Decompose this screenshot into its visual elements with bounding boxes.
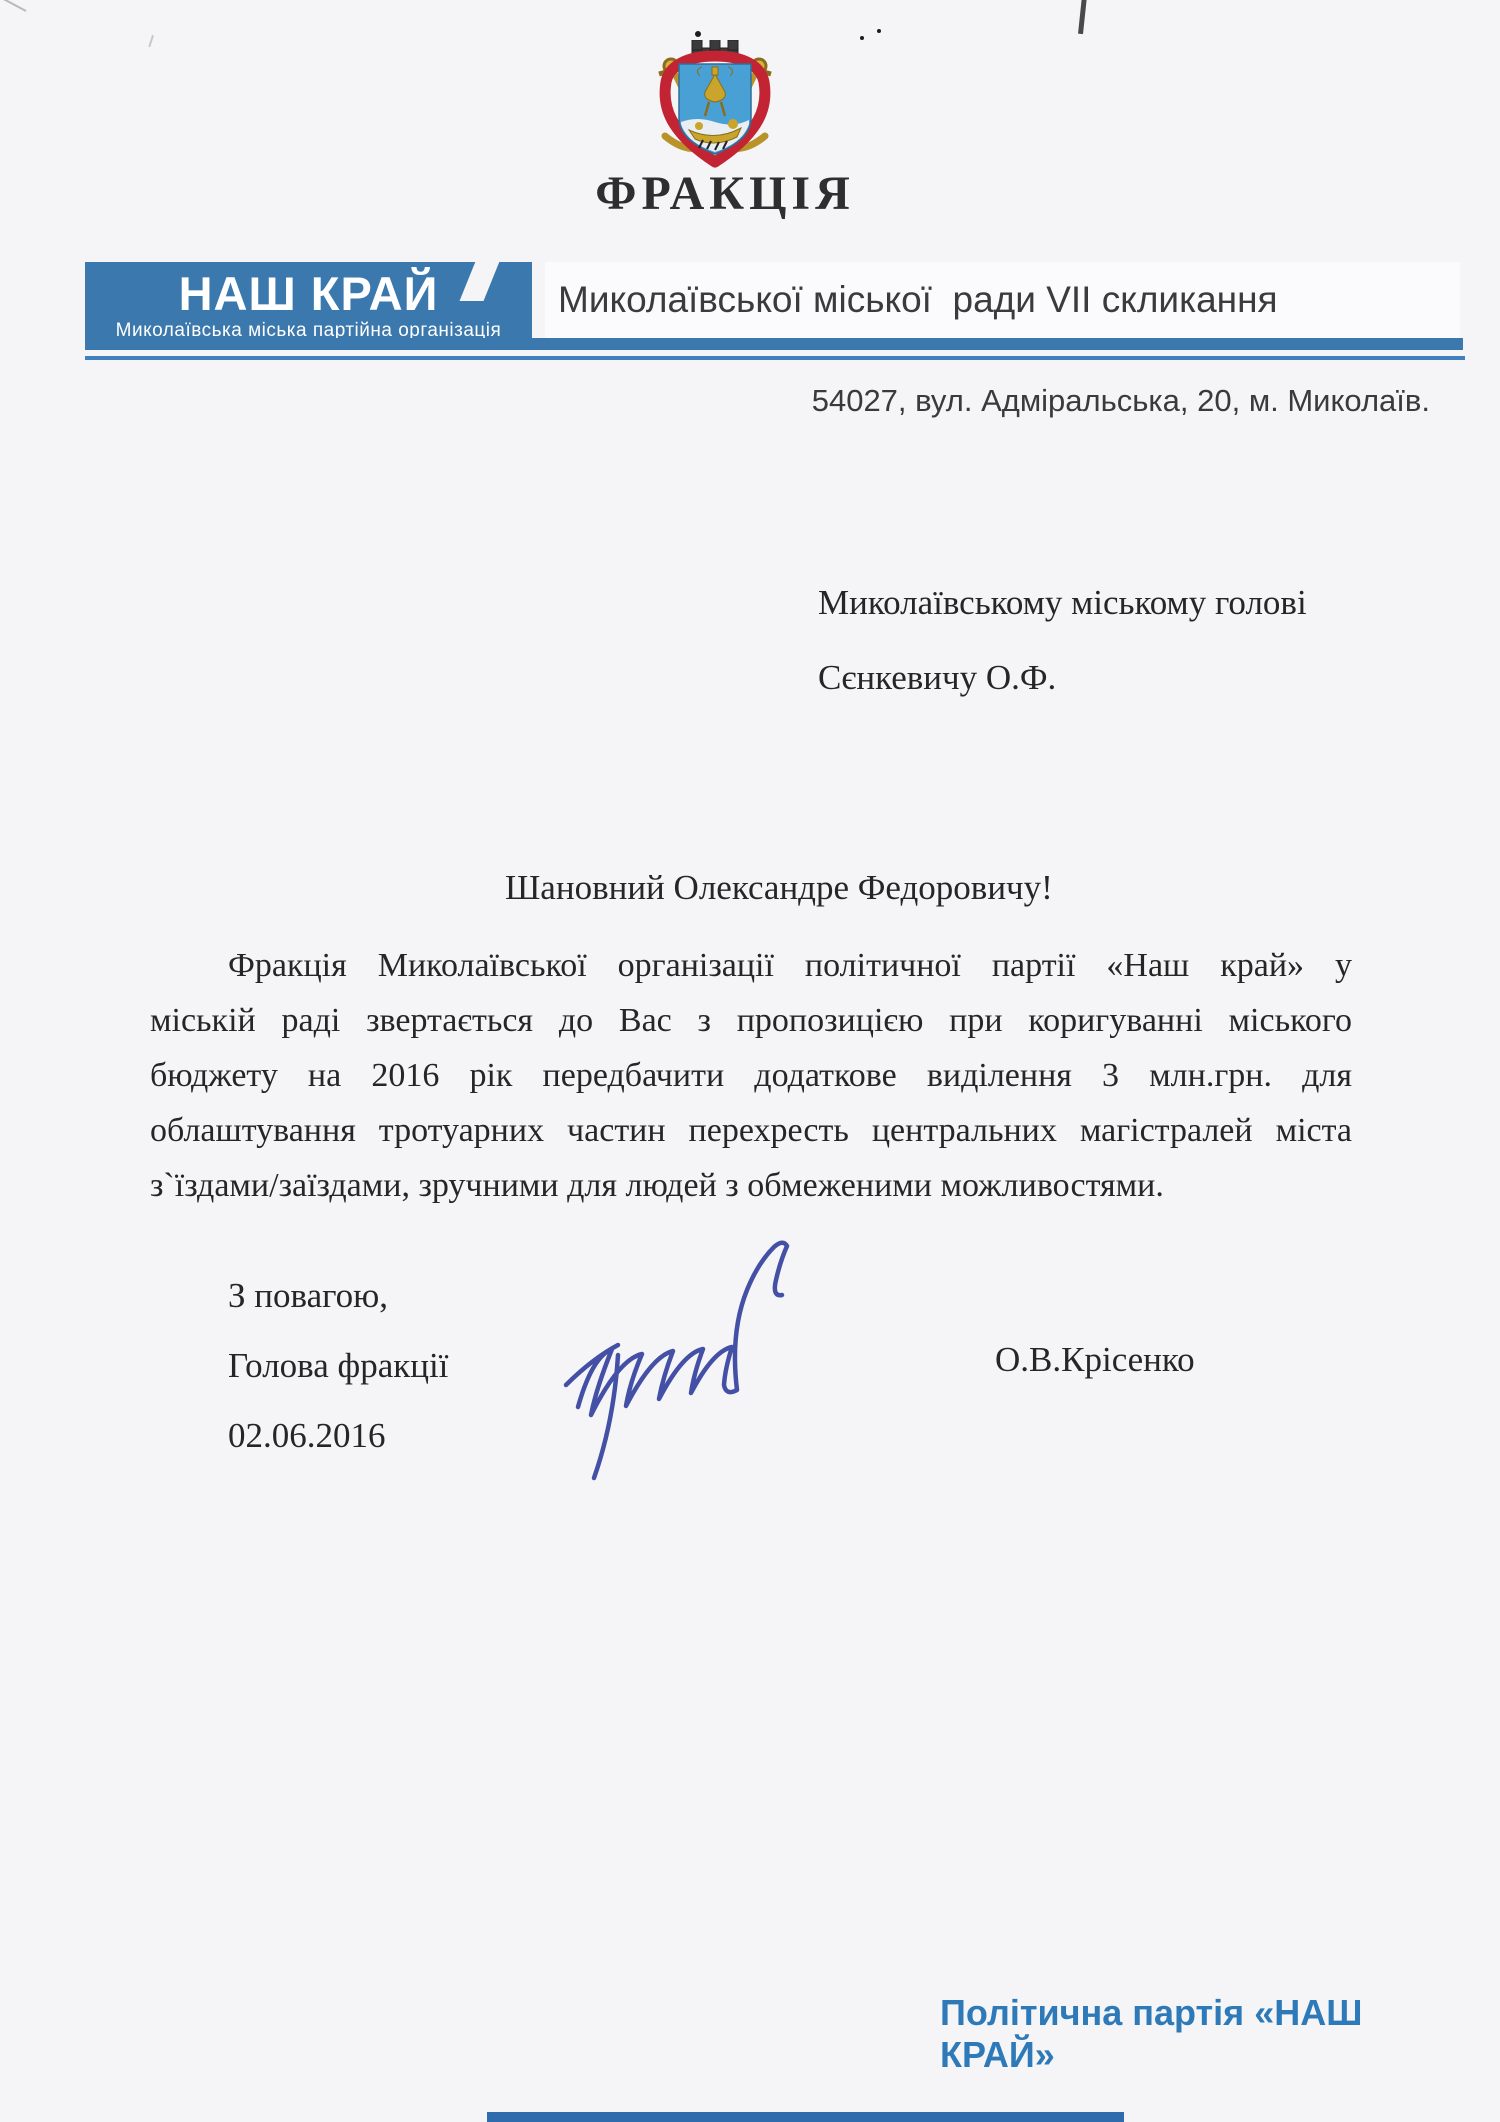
closing-block: З повагою, Голова фракції 02.06.2016 [228,1272,448,1482]
body-line: з`їздами/заїздами, зручними для людей з … [150,1158,1352,1213]
address-line: 54027, вул. Адміральська, 20, м. Миколаї… [600,383,1430,419]
footer-party-line: Політична партія «НАШ КРАЙ» [940,1992,1435,2076]
signer-name: О.В.Крісенко [995,1340,1195,1380]
scan-corner-mark [1078,0,1087,34]
body-line: міській раді звертається до Вас з пропоз… [150,993,1352,1048]
closing-regards: З повагою, [228,1272,448,1342]
body-line: бюджету на 2016 рік передбачити додатков… [150,1048,1352,1103]
closing-date: 02.06.2016 [228,1412,448,1482]
mykolaiv-coat-of-arms-icon [645,40,785,172]
signature-scribble-icon [548,1235,948,1490]
body-line: облаштування тротуарних частин перехрест… [150,1103,1352,1158]
council-title: Миколаївської міської ради VII скликання [545,262,1460,338]
scan-corner-mark [0,0,26,12]
recipient-line-1: Миколаївському міському голові [818,583,1307,623]
party-banner: НАШ КРАЙ Миколаївська міська партійна ор… [85,262,532,350]
recipient-block: Миколаївському міському голові Сєнкевичу… [818,583,1307,733]
letter-body: Фракція Миколаївської організації політи… [150,938,1352,1213]
letter-page: ФРАКЦІЯ НАШ КРАЙ Миколаївська міська пар… [0,0,1500,2122]
scan-mark [148,35,159,49]
page-title: ФРАКЦІЯ [545,166,905,221]
footer-bar [487,2112,1124,2122]
body-line: Фракція Миколаївської організації політи… [150,938,1352,993]
header-rule-thick [85,338,1463,350]
recipient-line-2: Сєнкевичу О.Ф. [818,658,1307,698]
scan-speck [877,29,881,33]
closing-position: Голова фракції [228,1342,448,1412]
scan-speck [695,31,701,37]
salutation: Шановний Олександре Федоровичу! [505,868,1053,908]
scan-speck [860,36,864,40]
header-rule-thin [85,356,1465,360]
